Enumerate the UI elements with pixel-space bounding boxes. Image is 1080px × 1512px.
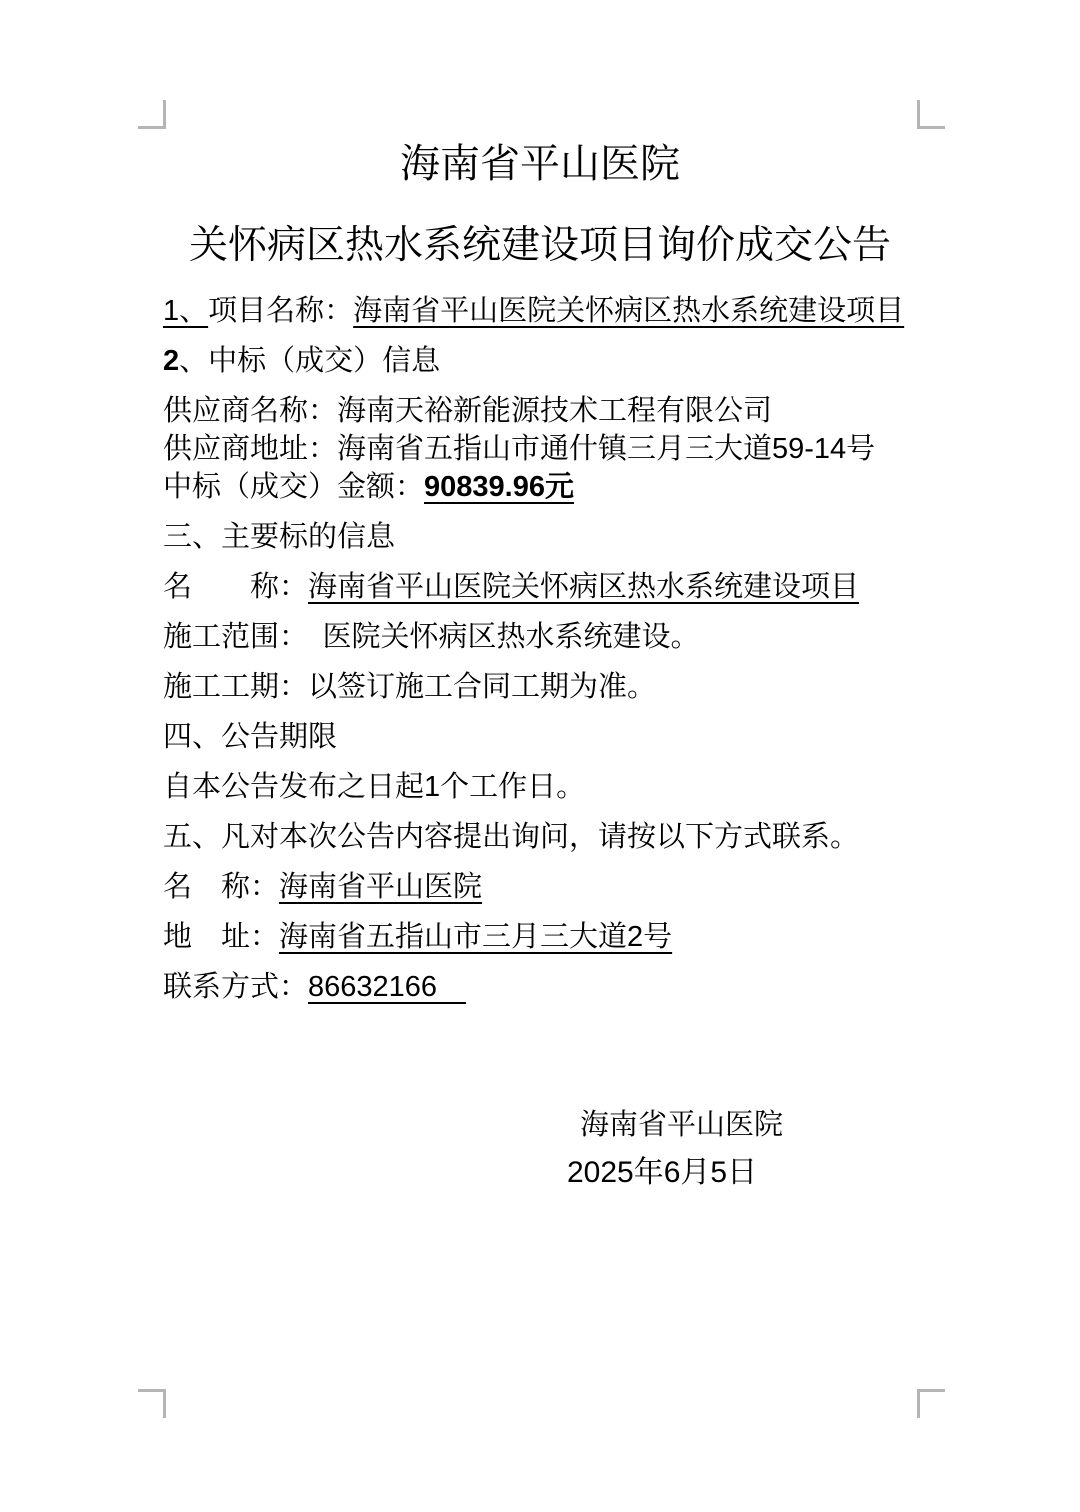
award-amount-line: 中标（成交）金额：90839.96元: [163, 468, 917, 506]
section5-heading: 五、凡对本次公告内容提出询问，请按以下方式联系。: [163, 818, 917, 856]
contact-name-label: 名 称：: [163, 871, 279, 903]
subject-name-value: 海南省平山医院关怀病区热水系统建设项目: [308, 571, 859, 603]
subject-name-line: 名 称：海南省平山医院关怀病区热水系统建设项目: [163, 568, 917, 606]
construction-duration-line: 施工工期：以签订施工合同工期为准。: [163, 668, 917, 706]
construction-scope-value: 医院关怀病区热水系统建设。: [294, 621, 700, 653]
supplier-address-label: 供应商地址：: [163, 433, 337, 465]
section4-heading: 四、公告期限: [163, 718, 917, 756]
project-name-line: 1、项目名称：海南省平山医院关怀病区热水系统建设项目: [163, 292, 917, 330]
project-name-value: 海南省平山医院关怀病区热水系统建设项目: [353, 295, 904, 327]
document-body: 1、项目名称：海南省平山医院关怀病区热水系统建设项目 2、中标（成交）信息 供应…: [163, 292, 917, 1006]
doc-subtitle: 关怀病区热水系统建设项目询价成交公告: [163, 222, 917, 270]
award-info-heading: 2、中标（成交）信息: [163, 342, 917, 380]
construction-duration-label: 施工工期：: [163, 671, 308, 703]
item1-number: 1、: [163, 295, 208, 327]
margin-corner-mark-top-right: [917, 100, 945, 129]
contact-address-line: 地 址：海南省五指山市三月三大道2号: [163, 918, 917, 956]
supplier-address-value: 海南省五指山市通什镇三月三大道59-14号: [337, 433, 875, 465]
announcement-period-line: 自本公告发布之日起1个工作日。: [163, 768, 917, 806]
margin-corner-mark-top-left: [138, 100, 166, 129]
project-name-label: 项目名称：: [208, 295, 353, 327]
contact-phone-line: 联系方式：86632166: [163, 968, 917, 1006]
contact-name-line: 名 称：海南省平山医院: [163, 868, 917, 906]
document-content: 海南省平山医院 关怀病区热水系统建设项目询价成交公告 1、项目名称：海南省平山医…: [163, 140, 917, 1018]
contact-name-value: 海南省平山医院: [279, 871, 482, 903]
supplier-name-line: 供应商名称：海南天裕新能源技术工程有限公司: [163, 392, 917, 430]
doc-title: 海南省平山医院: [163, 140, 917, 188]
section3-heading: 三、主要标的信息: [163, 518, 917, 556]
supplier-name-value: 海南天裕新能源技术工程有限公司: [337, 395, 772, 427]
supplier-address-line: 供应商地址：海南省五指山市通什镇三月三大道59-14号: [163, 430, 917, 468]
item2-number: 2: [163, 345, 179, 377]
construction-duration-value: 以签订施工合同工期为准。: [308, 671, 656, 703]
supplier-name-label: 供应商名称：: [163, 395, 337, 427]
award-info-heading-text: 、中标（成交）信息: [179, 345, 440, 377]
margin-corner-mark-bottom-right: [917, 1389, 945, 1418]
margin-corner-mark-bottom-left: [138, 1389, 166, 1418]
document-page: 海南省平山医院 关怀病区热水系统建设项目询价成交公告 1、项目名称：海南省平山医…: [0, 0, 1080, 1512]
signature-org: 海南省平山医院: [580, 1106, 783, 1144]
award-amount-value: 90839.96元: [424, 471, 574, 503]
contact-address-value: 海南省五指山市三月三大道2号: [279, 921, 672, 953]
construction-scope-label: 施工范围：: [163, 621, 294, 653]
contact-phone-value: 86632166: [308, 971, 466, 1003]
subject-name-label: 名 称：: [163, 571, 308, 603]
contact-address-label: 地 址：: [163, 921, 279, 953]
contact-phone-label: 联系方式：: [163, 971, 308, 1003]
signature-date: 2025年6月5日: [567, 1154, 757, 1192]
construction-scope-line: 施工范围： 医院关怀病区热水系统建设。: [163, 618, 917, 656]
award-amount-label: 中标（成交）金额：: [163, 471, 424, 503]
